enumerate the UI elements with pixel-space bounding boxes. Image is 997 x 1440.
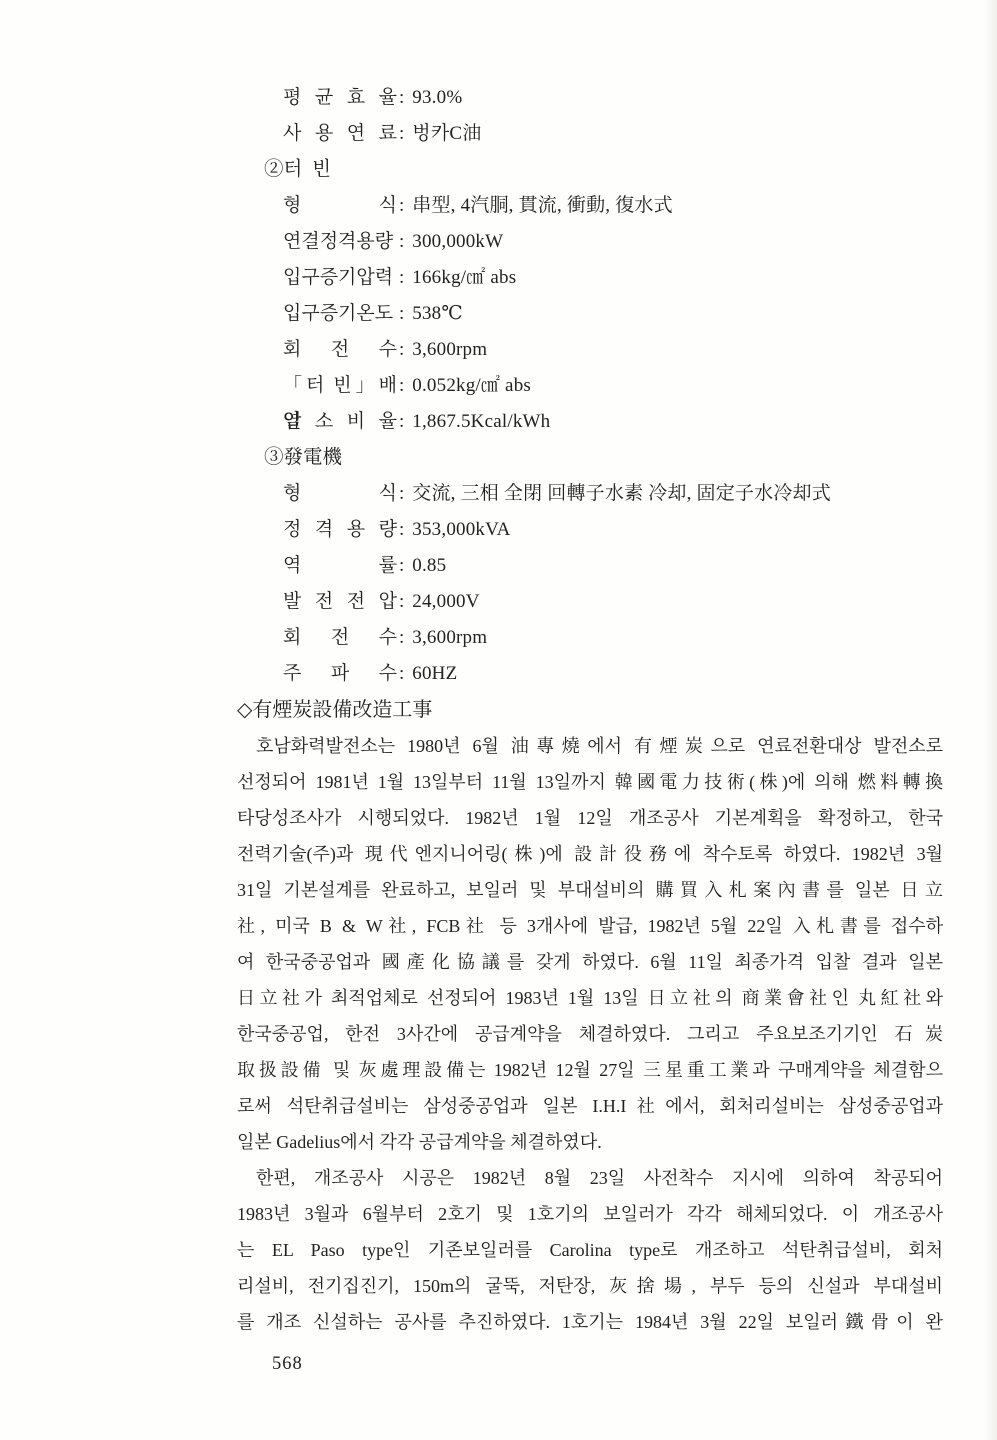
spec-label: 열 소 비 율 — [283, 404, 397, 440]
section-heading-retrofit: ◇有煙炭設備改造工事 — [237, 692, 943, 728]
spec-label: 입구증기온도 — [283, 296, 397, 332]
spec-row-frequency: 주 파 수:60HZ — [237, 656, 943, 692]
spec-row-turbine-rpm: 회 전 수:3,600rpm — [237, 332, 943, 368]
spec-colon: : — [399, 512, 404, 548]
body-text-line: 한편, 개조공사 시공은 1982년 8월 23일 사전착수 지시에 의하여 착… — [237, 1160, 943, 1196]
spec-label: 평 균 효 율 — [283, 80, 397, 116]
spec-row-generator-rpm: 회 전 수:3,600rpm — [237, 620, 943, 656]
body-text-line: 를 개조 신설하는 공사를 추진하였다. 1호기는 1984년 3월 22일 보… — [237, 1304, 943, 1340]
body-text-line: 社, 미국 B & W社, FCB社 등 3개사에 발급, 1982년 5월 2… — [237, 908, 943, 944]
spec-colon: : — [399, 188, 404, 224]
spec-label: 형 식 — [283, 188, 397, 224]
spec-label: 회 전 수 — [283, 332, 397, 368]
spec-colon: : — [399, 296, 404, 332]
spec-colon: : — [399, 584, 404, 620]
body-text-line: 선정되어 1981년 1월 13일부터 11월 13일까지 韓國電力技術(株)에… — [237, 764, 943, 800]
body-text-line: 전력기술(주)과 現代엔지니어링(株)에 設計役務에 착수토록 하였다. 198… — [237, 836, 943, 872]
spec-value: 3,600rpm — [412, 627, 487, 648]
spec-label: 정 격 용 량 — [283, 512, 397, 548]
spec-value: 353,000kVA — [412, 519, 510, 540]
spec-label: 발 전 전 압 — [283, 584, 397, 620]
spec-value: 벙카C油 — [412, 123, 481, 144]
body-text-line: 取扱設備 및 灰處理設備는 1982년 12월 27일 三星重工業과 구매계약을… — [237, 1052, 943, 1088]
spec-row-inlet-steam-temperature: 입구증기온도:538℃ — [237, 296, 943, 332]
spec-row-turbine-type: 형 식:串型, 4汽胴, 貫流, 衝動, 復水式 — [237, 188, 943, 224]
spec-value: 3,600rpm — [412, 339, 487, 360]
spec-value: 0.052kg/㎠ abs — [412, 375, 531, 396]
spec-row-generator-type: 형 식:交流, 三相 全閉 回轉子水素 冷却, 固定子水冷却式 — [237, 476, 943, 512]
section-heading-turbine: ②터 빈 — [237, 152, 943, 188]
spec-value: 538℃ — [412, 303, 463, 324]
spec-colon: : — [399, 404, 404, 440]
spec-label: 형 식 — [283, 476, 397, 512]
spec-row-generation-voltage: 발 전 전 압:24,000V — [237, 584, 943, 620]
body-text-line: 일본 Gadelius에서 각각 공급계약을 체결하였다. — [237, 1124, 943, 1160]
page-number: 568 — [237, 1346, 943, 1382]
spec-value: 60HZ — [412, 663, 457, 684]
spec-colon: : — [399, 548, 404, 584]
spec-value: 166kg/㎠ abs — [412, 267, 516, 288]
body-text-line: 리설비, 전기집진기, 150m의 굴뚝, 저탄장, 灰捨場, 부두 등의 신설… — [237, 1268, 943, 1304]
spec-value: 24,000V — [412, 591, 479, 612]
body-text-line: 호남화력발전소는 1980년 6월 油專燒에서 有煙炭으로 연료전환대상 발전소… — [237, 728, 943, 764]
body-text-line: 한국중공업, 한전 3사간에 공급계약을 체결하였다. 그리고 주요보조기기인 … — [237, 1016, 943, 1052]
spec-colon: : — [399, 620, 404, 656]
spec-value: 0.85 — [412, 555, 446, 576]
body-text-line: 로써 석탄취급설비는 삼성중공업과 일본 I.H.I社에서, 회처리설비는 삼성… — [237, 1088, 943, 1124]
spec-colon: : — [399, 368, 404, 404]
spec-colon: : — [399, 656, 404, 692]
spec-colon: : — [399, 332, 404, 368]
spec-row-inlet-steam-pressure: 입구증기압력:166kg/㎠ abs — [237, 260, 943, 296]
spec-value: 1,867.5Kcal/kWh — [412, 411, 550, 432]
body-text-line: 는 EL Paso type인 기존보일러를 Carolina type로 개조… — [237, 1232, 943, 1268]
spec-row-fuel-used: 사 용 연 료:벙카C油 — [237, 116, 943, 152]
spec-colon: : — [399, 224, 404, 260]
spec-value: 93.0% — [412, 87, 462, 108]
body-text-line: 여 한국중공업과 國產化協議를 갖게 하였다. 6월 11일 최종가격 입찰 결… — [237, 944, 943, 980]
body-text-line: 31일 기본설계를 완료하고, 보일러 및 부대설비의 購買入札案內書를 일본 … — [237, 872, 943, 908]
spec-label: 사 용 연 료 — [283, 116, 397, 152]
spec-label: 역 률 — [283, 548, 397, 584]
document-page: 평 균 효 율:93.0% 사 용 연 료:벙카C油 ②터 빈 형 식:串型, … — [0, 0, 997, 1440]
page-content: 평 균 효 율:93.0% 사 용 연 료:벙카C油 ②터 빈 형 식:串型, … — [237, 80, 943, 1382]
spec-row-heat-rate: 열 소 비 율:1,867.5Kcal/kWh — [237, 404, 943, 440]
spec-label: 주 파 수 — [283, 656, 397, 692]
body-text-line: 1983년 3월과 6월부터 2호기 및 1호기의 보일러가 각각 해체되었다.… — [237, 1196, 943, 1232]
spec-value: 串型, 4汽胴, 貫流, 衝動, 復水式 — [412, 195, 673, 216]
spec-label: 연결정격용량 — [283, 224, 397, 260]
body-text-line: 타당성조사가 시행되었다. 1982년 1월 12일 개조공사 기본계획을 확정… — [237, 800, 943, 836]
spec-row-average-efficiency: 평 균 효 율:93.0% — [237, 80, 943, 116]
spec-label: 회 전 수 — [283, 620, 397, 656]
body-text-line: 日立社가 최적업체로 선정되어 1983년 1월 13일 日立社의 商業會社인 … — [237, 980, 943, 1016]
spec-colon: : — [399, 476, 404, 512]
spec-row-generator-rated-capacity: 정 격 용 량:353,000kVA — [237, 512, 943, 548]
spec-colon: : — [399, 80, 404, 116]
spec-value: 交流, 三相 全閉 回轉子水素 冷却, 固定子水冷却式 — [412, 483, 831, 504]
spec-label: 입구증기압력 — [283, 260, 397, 296]
spec-value: 300,000kW — [412, 231, 503, 252]
spec-colon: : — [399, 260, 404, 296]
spec-row-turbine-back-pressure: 「터 빈」배 압:0.052kg/㎠ abs — [237, 368, 943, 404]
spec-row-rated-capacity: 연결정격용량:300,000kW — [237, 224, 943, 260]
section-heading-generator: ③發電機 — [237, 440, 943, 476]
spec-row-power-factor: 역 률:0.85 — [237, 548, 943, 584]
spec-colon: : — [399, 116, 404, 152]
